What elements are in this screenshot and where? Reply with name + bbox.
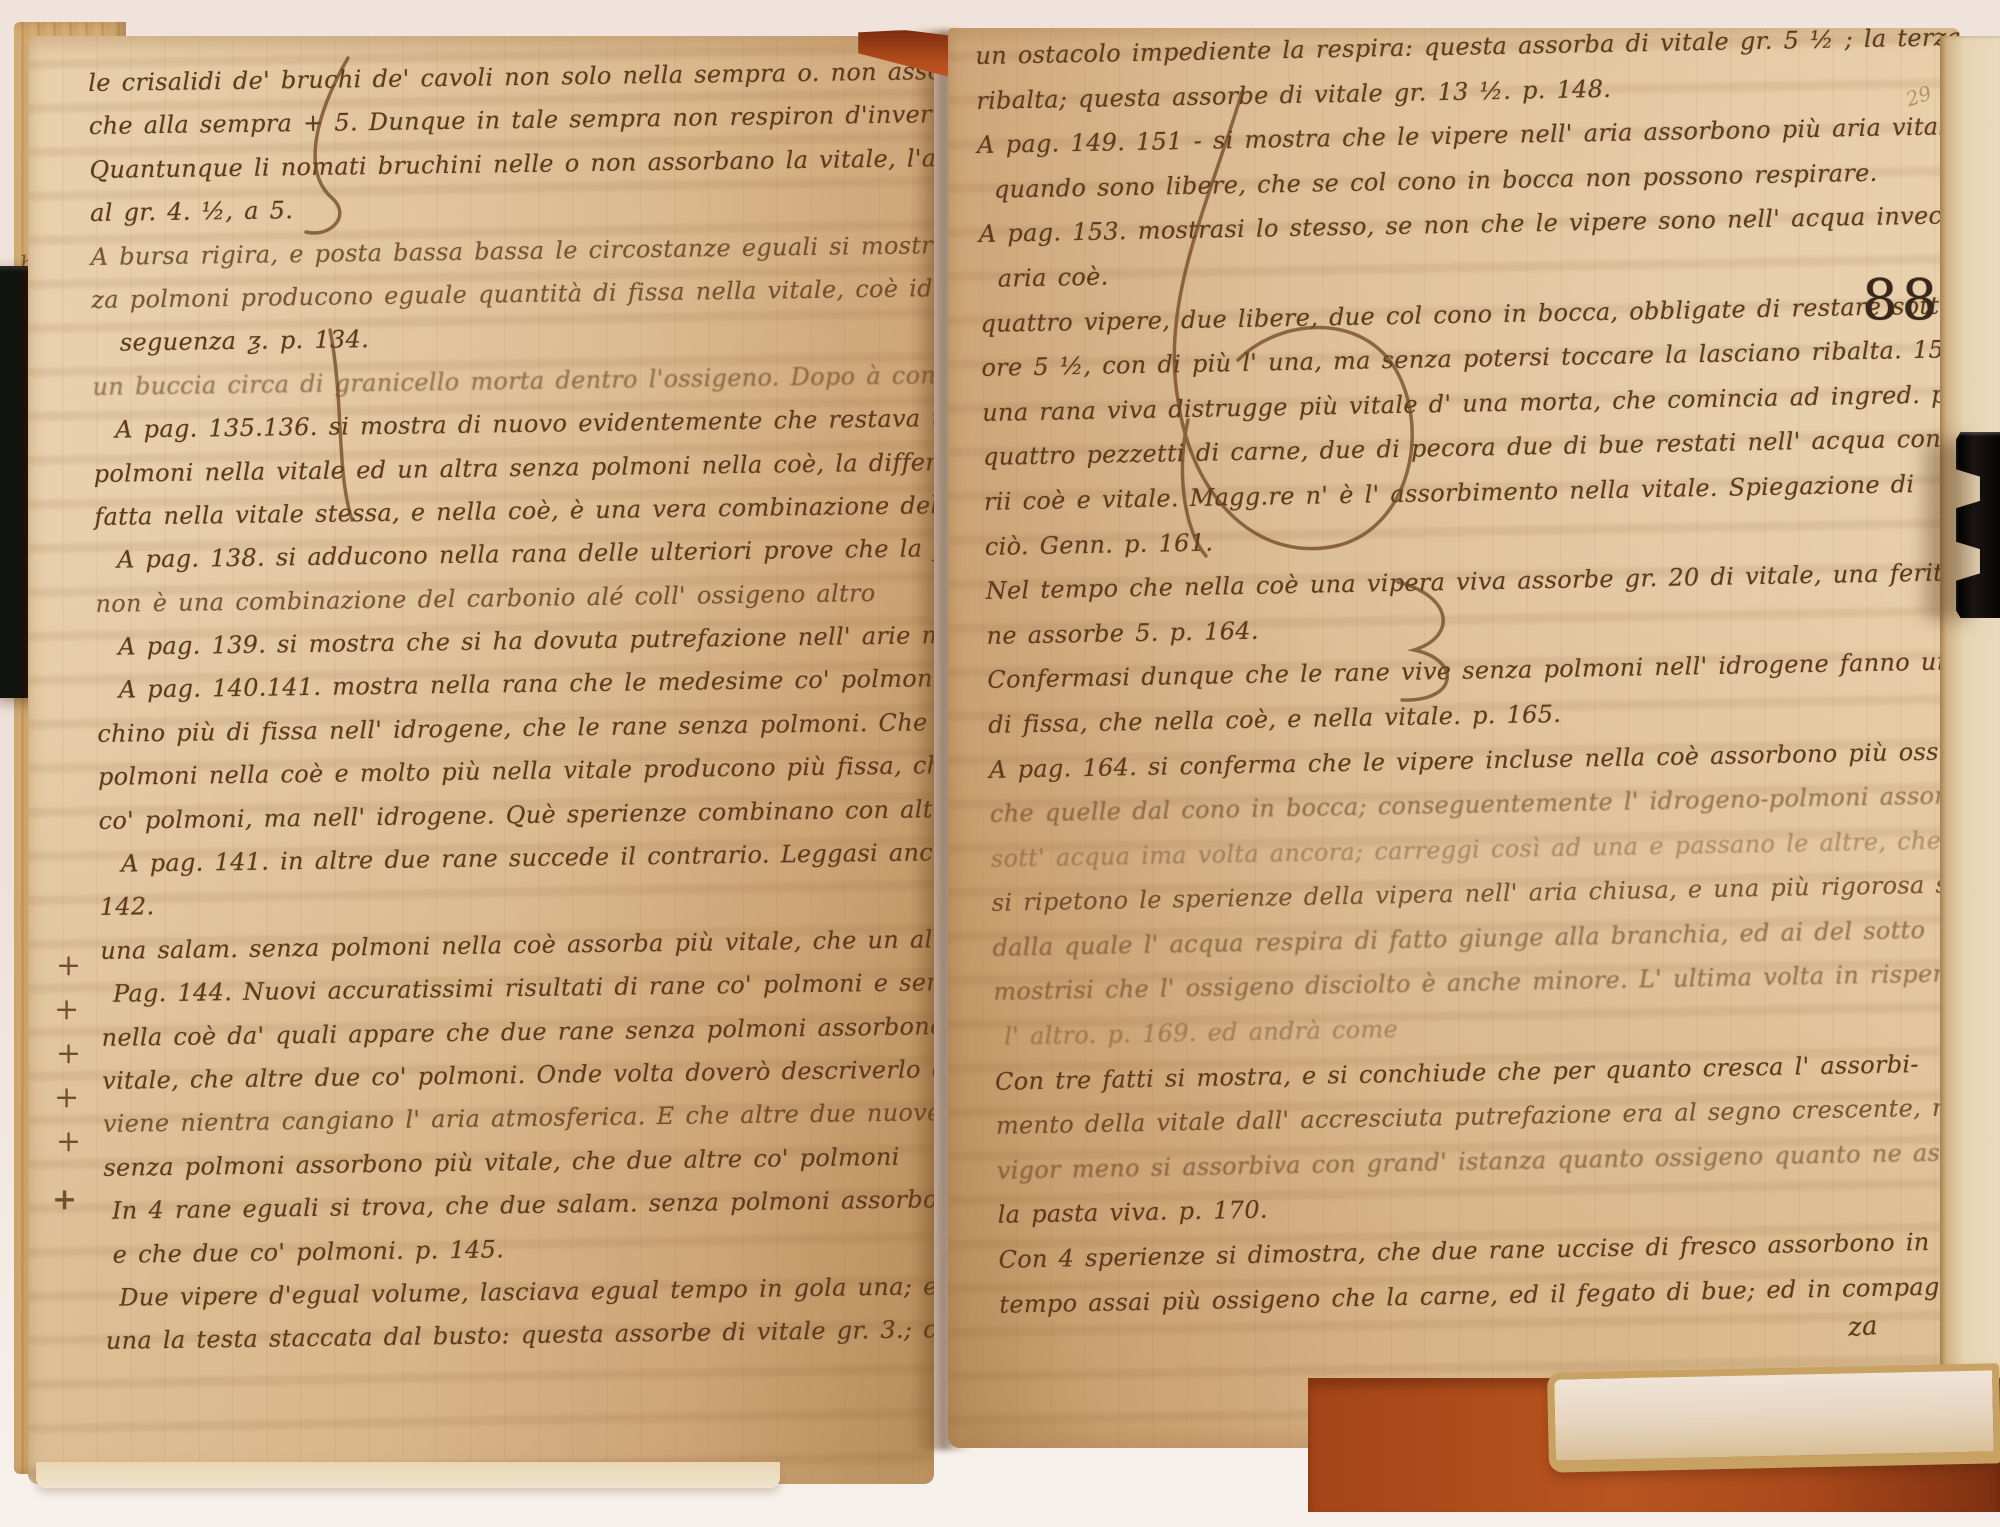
manuscript-photo: hi po 4 le crisalidi de' bruchi de' cavo…: [0, 0, 2000, 1527]
ink-flourish: [0, 0, 2000, 1527]
binder-clip: [1956, 432, 2000, 618]
page-edge-bottom: [36, 1462, 780, 1488]
fly-leaf: [1547, 1363, 2000, 1472]
page-edge-right: [1940, 36, 2000, 1426]
